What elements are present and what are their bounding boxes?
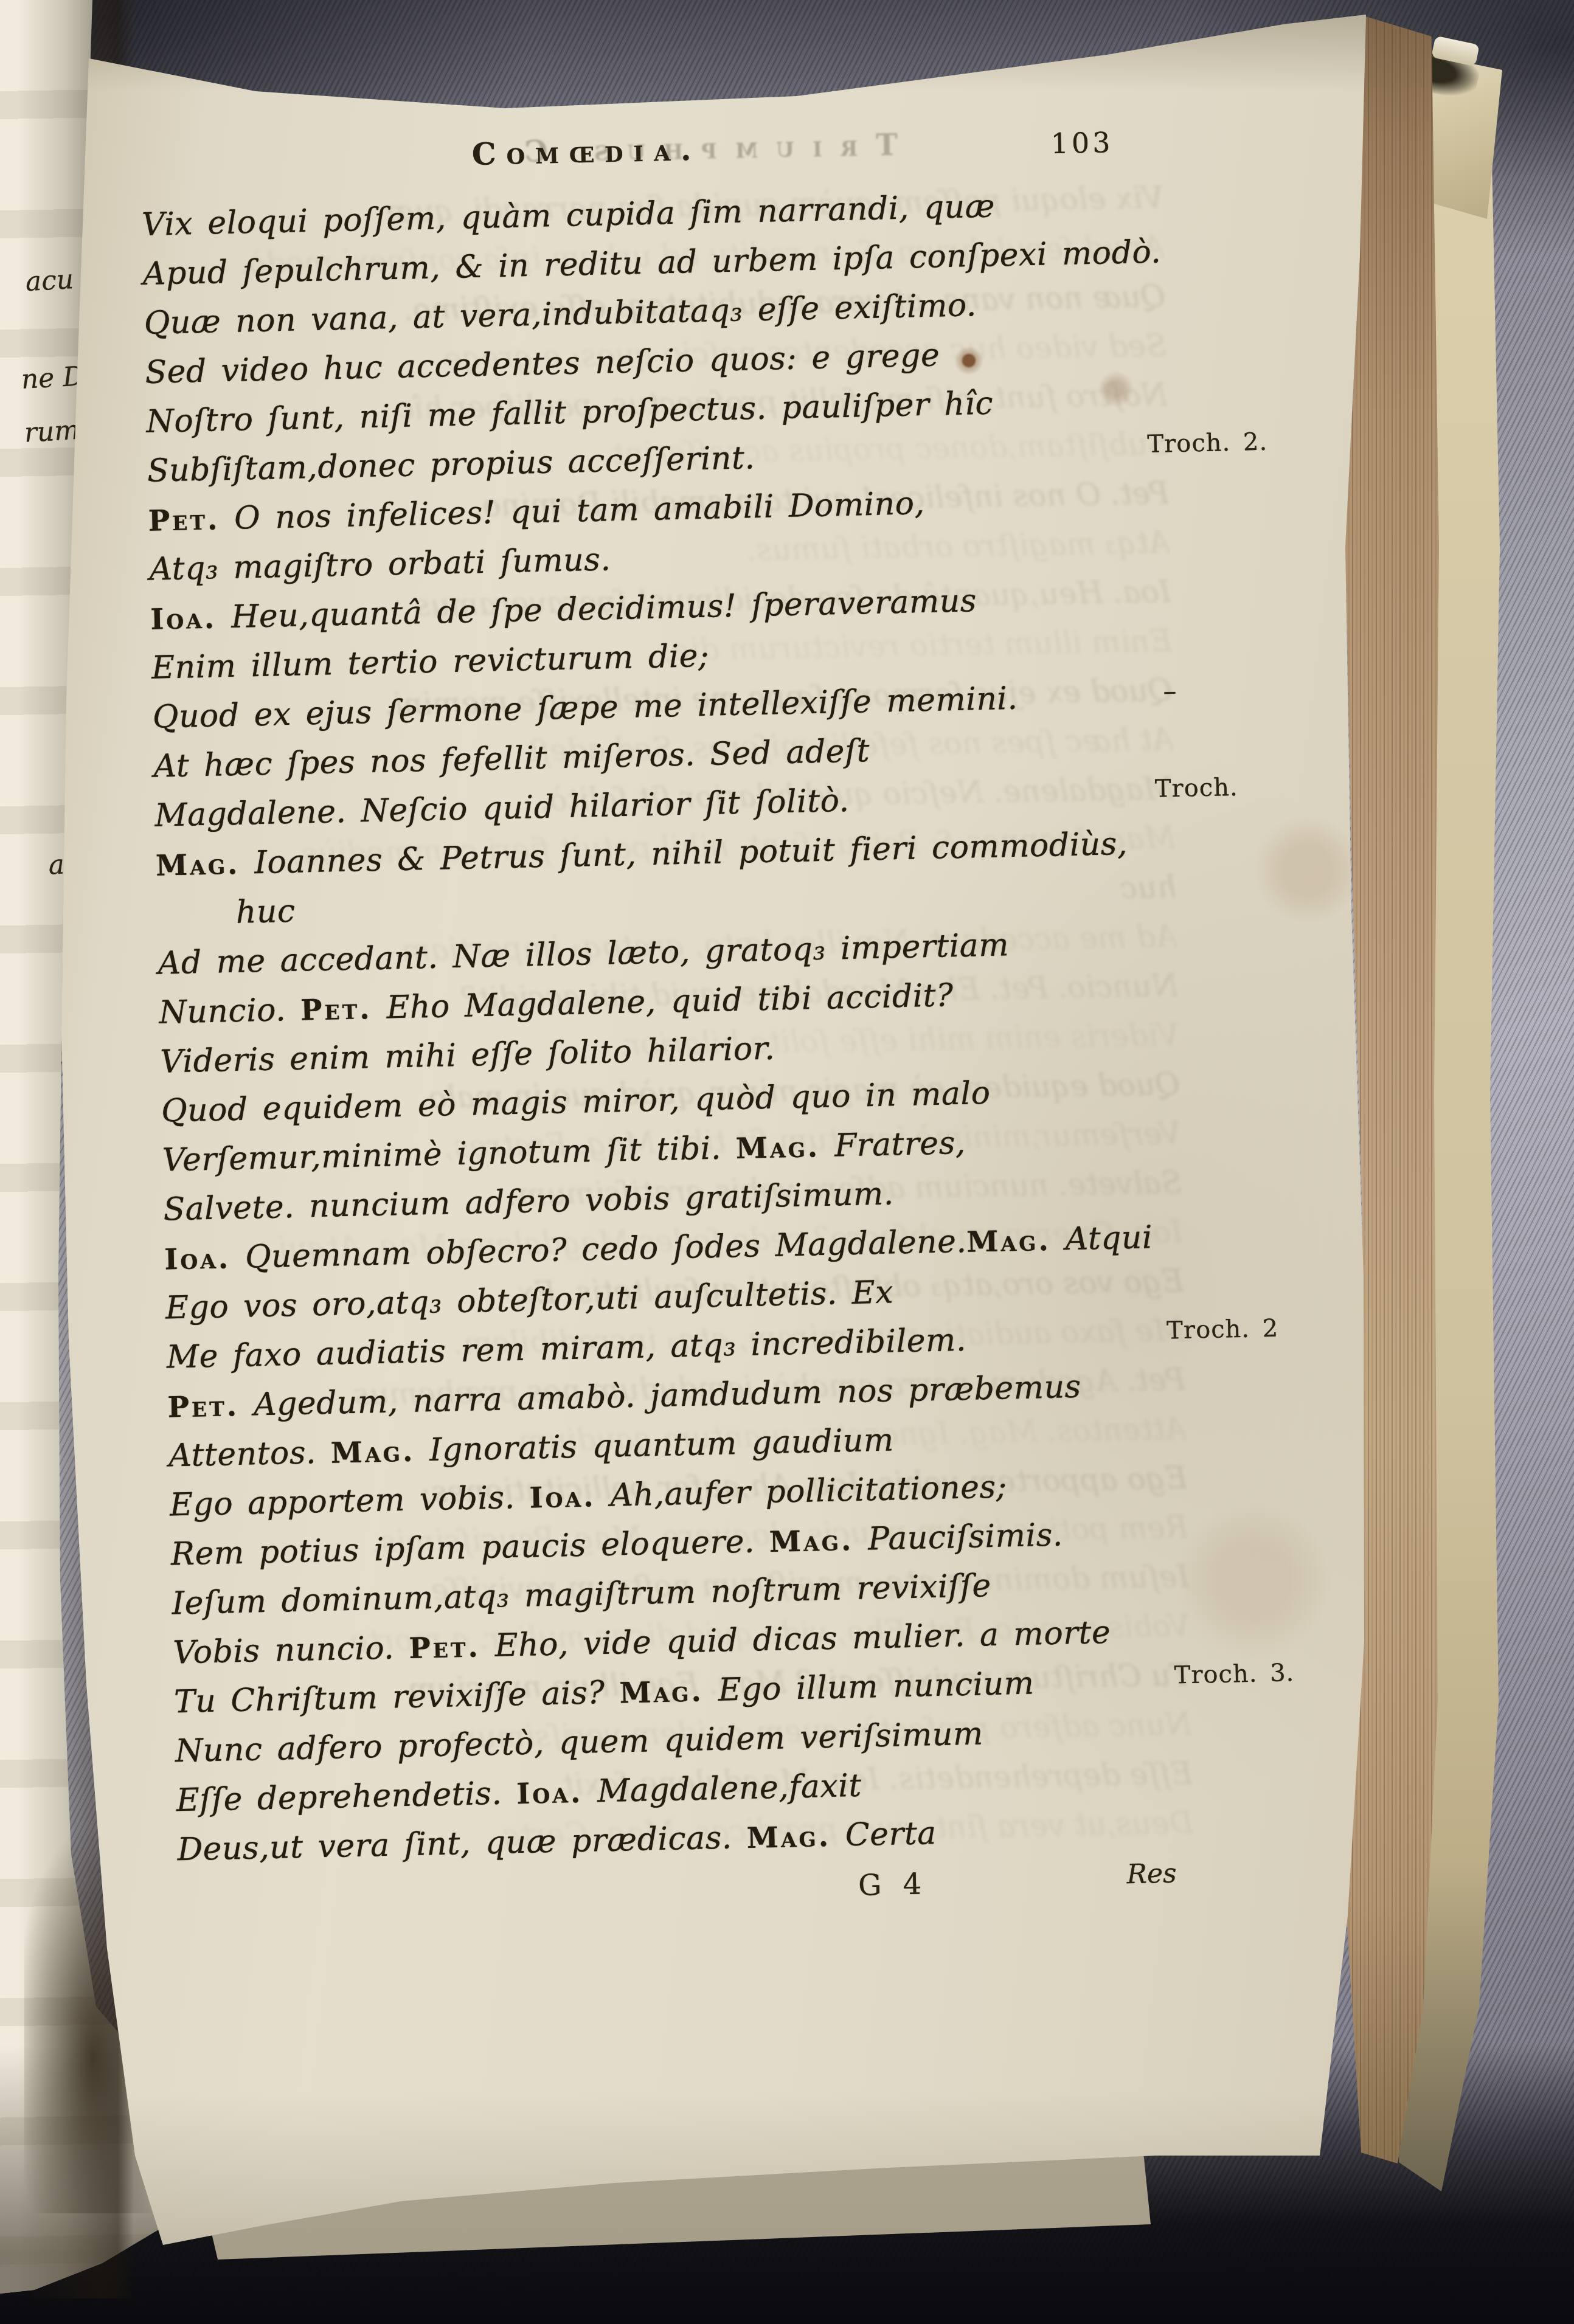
speaker-label: Ioa. <box>516 1776 583 1811</box>
verse-text: Ah,aufer pollicitationes; <box>595 1468 1008 1514</box>
speaker-label: Mag. <box>769 1524 853 1559</box>
verse-text: Verſemur,minimè ignotum ſit tibi. <box>162 1130 736 1179</box>
verse-text: Magdalene,faxit <box>582 1768 862 1810</box>
speaker-label: Ioa. <box>164 1242 231 1276</box>
verse-text: Quemnam obſecro? cedo ſodes Magdalene. <box>230 1223 967 1276</box>
verse-text: Eſſe deprehendetis. <box>176 1775 517 1819</box>
speaker-label: Pet. <box>300 992 373 1028</box>
verse-text: Deus,ut vera ſint, quæ prædicas. <box>177 1819 747 1868</box>
speaker-label: Mag. <box>735 1130 820 1166</box>
page-number: 103 <box>1050 126 1114 160</box>
verse-text: Subſiſtam,donec propius acceſſerint. <box>147 440 755 489</box>
speaker-label: Pet. <box>409 1630 481 1665</box>
verse-text: Salvete. nuncium adfero vobis gratiſsimu… <box>163 1175 894 1228</box>
verse-text: Certa <box>830 1815 937 1854</box>
text-lines: Vix eloqui poſſem, quàm cupida ſim narra… <box>141 175 1382 1875</box>
verse-text: Fratres, <box>819 1125 966 1164</box>
margin-note: Troch. 2 <box>1167 1316 1279 1343</box>
verse-text: Magdalene. Neſcio quid hilarior ſit ſoli… <box>154 783 850 834</box>
page-text-block: Comœdia. 103 Vix eloqui poſſem, quàm cup… <box>140 109 1383 1938</box>
verse-text: Ego apportem vobis. <box>170 1479 530 1524</box>
verse-text: Eho Magdalene, quid tibi accidit? <box>372 977 954 1026</box>
speaker-label: Ioa. <box>150 601 217 636</box>
verse-text: Eho, vide quid dicas mulier. a morte <box>480 1614 1111 1665</box>
speaker-label: Ioa. <box>529 1480 596 1515</box>
speaker-label: Pet. <box>167 1389 240 1425</box>
margin-note: Troch. 2. <box>1147 430 1267 457</box>
speaker-label: Mag. <box>330 1435 415 1470</box>
speaker-label: Mag. <box>619 1675 704 1710</box>
verse-text: Vobis nuncio. <box>173 1630 409 1671</box>
verse-text: Ego vos oro,atq₃ obteſtor,uti auſculteti… <box>165 1274 893 1326</box>
signature-mark: G 4 <box>858 1867 927 1902</box>
verse-text: Ego illum nuncium <box>703 1665 1035 1709</box>
verse-text: Ignoratis quantum gaudium <box>414 1422 894 1468</box>
verse-text: O nos infelices! qui tam amabili Domino, <box>220 485 926 537</box>
margin-note: Troch. <box>1154 775 1238 801</box>
margin-dash: – <box>1163 678 1177 705</box>
verse-text: Enim illum tertio revicturum die; <box>151 638 709 686</box>
verse-text: Videris enim mihi eſſe ſolito hilarior. <box>160 1031 775 1081</box>
verse-text: Pauciſsimis. <box>853 1516 1064 1558</box>
verse-text: Tu Chriſtum revixiſſe ais? <box>174 1674 620 1720</box>
photo-open-book: { "scene": { "description": "Photograph … <box>0 0 1574 2324</box>
verse-text: Atq₃ magiſtro orbati ſumus. <box>149 541 611 588</box>
page-title: Comœdia. <box>471 131 702 172</box>
verse-text: Atqui <box>1050 1219 1153 1258</box>
catchword: Res <box>1126 1858 1177 1890</box>
speaker-label: Pet. <box>148 503 220 538</box>
margin-note: Troch. 3. <box>1174 1661 1294 1687</box>
verse-text: Attentos. <box>168 1434 331 1475</box>
verse-text: Rem potius ipſam paucis eloquere. <box>170 1523 769 1572</box>
speaker-label: Mag. <box>746 1820 831 1855</box>
speaker-label: Mag. <box>966 1224 1051 1259</box>
verse-text: Nuncio. <box>159 992 301 1031</box>
speaker-label: Mag. <box>156 848 240 883</box>
verse-text: huc <box>235 893 296 931</box>
verse-text: At hæc ſpes nos fefellit miſeros. Sed ad… <box>153 733 870 785</box>
